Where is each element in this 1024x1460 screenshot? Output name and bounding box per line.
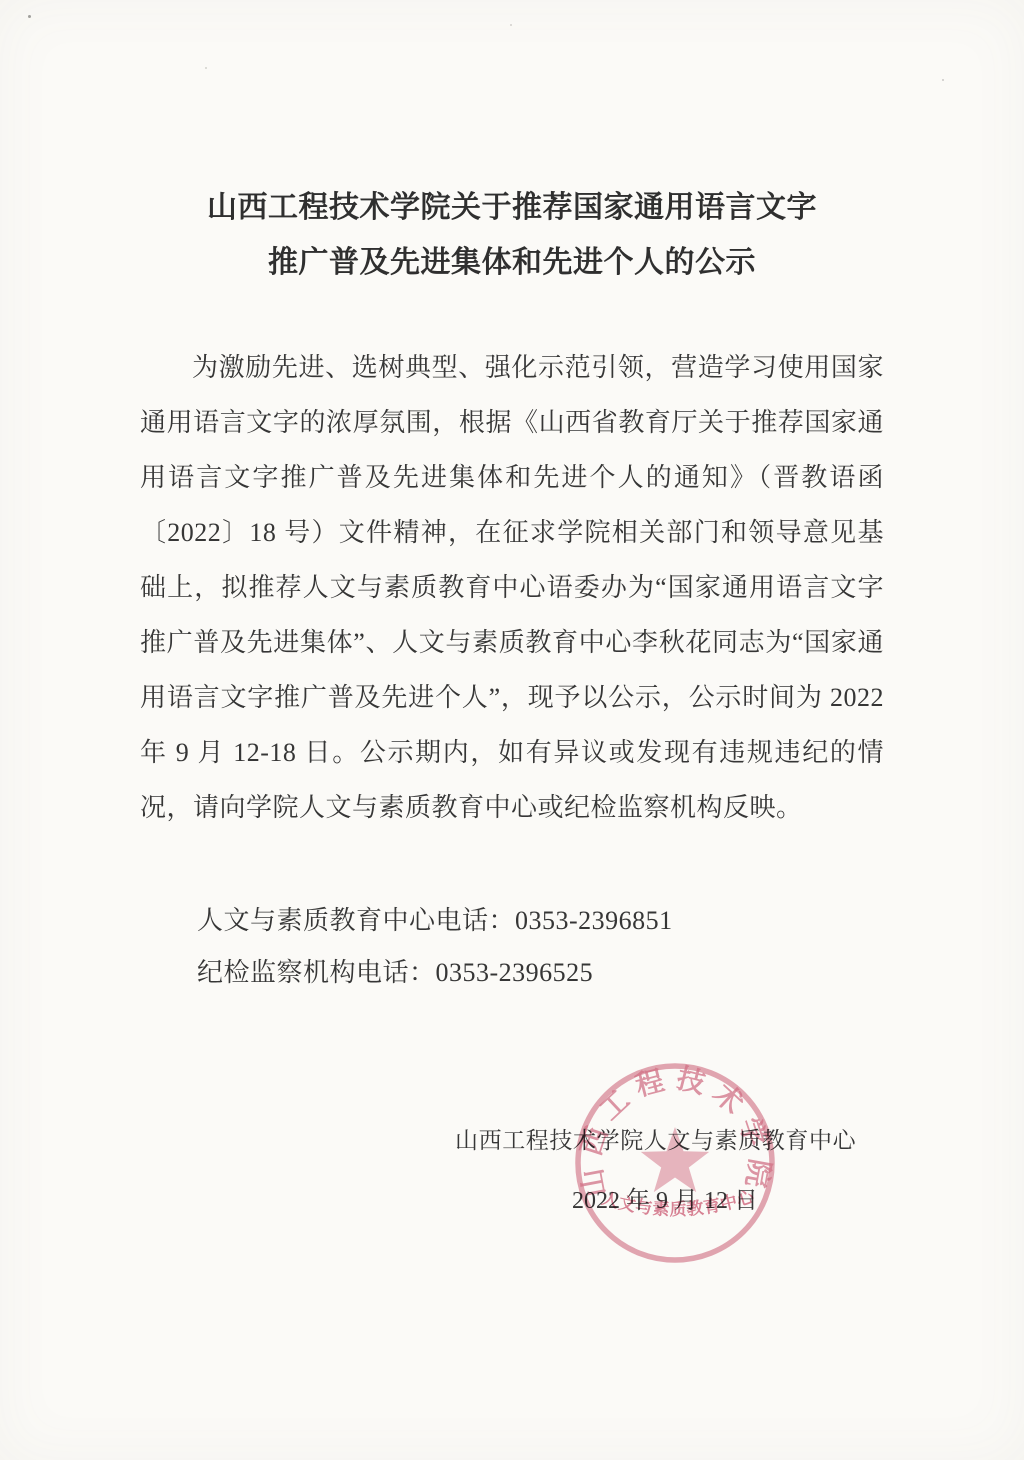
contact-line-education-center-phone: 人文与素质教育中心电话：0353-2396851 <box>197 900 673 937</box>
document-title-line1: 山西工程技术学院关于推荐国家通用语言文字 <box>0 180 1024 235</box>
scan-speck <box>28 15 31 18</box>
body-paragraph: 为激励先进、选树典型、强化示范引领，营造学习使用国家通用语言文字的浓厚氛围，根据… <box>140 340 884 835</box>
document-date: 2022 年 9 月 12 日 <box>560 1180 770 1215</box>
official-seal: 山西工程技术学院 人文与素质教育中心 <box>570 1058 780 1268</box>
scan-speck <box>205 67 207 69</box>
seal-ring <box>578 1066 772 1260</box>
document-title: 山西工程技术学院关于推荐国家通用语言文字 推广普及先进集体和先进个人的公示 <box>0 180 1024 290</box>
scan-speck <box>942 79 944 81</box>
document-title-line2: 推广普及先进集体和先进个人的公示 <box>0 235 1024 290</box>
scan-speck <box>510 24 512 26</box>
signature-unit: 山西工程技术学院人文与素质教育中心 <box>455 1122 855 1155</box>
scanned-document-page: 山西工程技术学院关于推荐国家通用语言文字 推广普及先进集体和先进个人的公示 为激… <box>0 0 1024 1460</box>
contact-line-discipline-office-phone: 纪检监察机构电话：0353-2396525 <box>197 952 593 989</box>
